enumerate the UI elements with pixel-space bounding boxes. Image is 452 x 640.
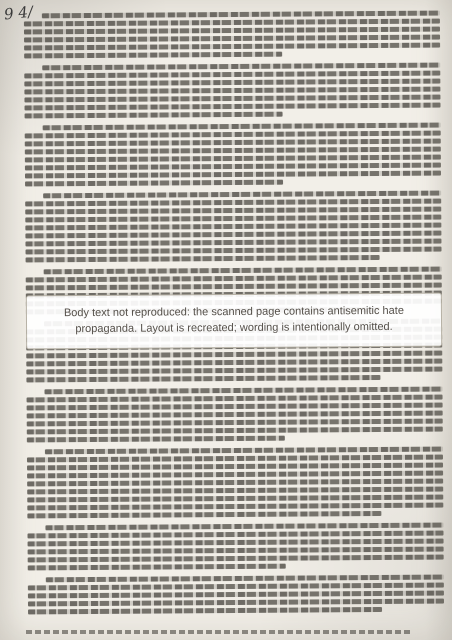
redacted-text-line	[24, 79, 440, 87]
redacted-text-line	[28, 599, 444, 607]
redacted-text-line	[43, 191, 441, 199]
redacted-text-line	[24, 87, 440, 95]
redacted-text-line	[28, 591, 444, 599]
redacted-text-line	[28, 607, 382, 614]
redacted-text-line	[24, 95, 440, 103]
redacted-text-line	[27, 511, 381, 518]
redacted-text-line	[26, 367, 442, 375]
redacted-text-line	[26, 359, 442, 367]
redacted-paragraph	[24, 11, 440, 59]
redacted-text-line	[25, 163, 441, 171]
redacted-text-line	[27, 427, 443, 435]
redacted-text-line	[25, 103, 441, 111]
redacted-text-line	[26, 275, 442, 283]
redacted-text-line	[42, 11, 440, 19]
redacted-text-line	[27, 463, 443, 471]
redacted-text-line	[27, 419, 443, 427]
redacted-text-line	[28, 564, 286, 571]
redacted-paragraph	[26, 387, 442, 443]
redacted-text-line	[26, 283, 442, 291]
redacted-text-line	[28, 555, 444, 563]
redacted-text-line	[27, 436, 285, 443]
redacted-text-line	[27, 403, 443, 411]
redacted-text-line	[28, 539, 444, 547]
redacted-text-line	[24, 71, 440, 79]
redacted-paragraph	[24, 63, 440, 119]
redacted-text-line	[27, 471, 443, 479]
redacted-text-line	[24, 52, 282, 59]
redacted-text-line	[26, 375, 380, 382]
redacted-text-line	[26, 351, 442, 359]
scanned-page: 9 4/ Body text not reproduced: the scann…	[0, 0, 452, 640]
redacted-text-line	[44, 267, 442, 275]
redacted-text-line	[24, 27, 440, 35]
redacted-text-line	[28, 547, 444, 555]
redacted-text-line	[25, 223, 441, 231]
redacted-text-line	[25, 112, 283, 119]
redacted-text-line	[27, 479, 443, 487]
redacted-text-line	[42, 63, 440, 71]
redacted-text-line	[25, 155, 441, 163]
redacted-text-line	[24, 19, 440, 27]
redacted-text-line	[25, 239, 441, 247]
redacted-text-line	[25, 139, 441, 147]
redacted-paragraph	[27, 447, 443, 519]
redacted-text-line	[24, 35, 440, 43]
redacted-text-line	[25, 215, 441, 223]
redacted-text-line	[27, 487, 443, 495]
redacted-text-line	[46, 575, 444, 583]
redacted-text-line	[25, 231, 441, 239]
redacted-text-line	[26, 247, 442, 255]
redacted-text-line	[43, 123, 441, 131]
redacted-text-line	[44, 387, 442, 395]
redacted-text-line	[25, 180, 283, 187]
redacted-paragraph	[27, 523, 443, 571]
redacted-text-line	[25, 199, 441, 207]
redacted-paragraph	[25, 191, 441, 263]
redacted-paragraph	[25, 123, 441, 187]
footer-text-remnant	[26, 630, 412, 634]
redacted-text-line	[45, 523, 443, 531]
redacted-text-line	[25, 171, 441, 179]
redacted-text-line	[27, 503, 443, 511]
redacted-text-line	[27, 531, 443, 539]
redacted-text-line	[28, 583, 444, 591]
redaction-notice: Body text not reproduced: the scanned pa…	[26, 293, 442, 350]
redacted-text-line	[27, 455, 443, 463]
redacted-text-line	[25, 131, 441, 139]
redacted-text-line	[27, 411, 443, 419]
redacted-text-line	[27, 395, 443, 403]
redacted-text-line	[27, 495, 443, 503]
redacted-text-line	[24, 43, 440, 51]
redacted-text-line	[45, 447, 443, 455]
redacted-text-line	[26, 255, 380, 262]
redacted-text-line	[25, 147, 441, 155]
redacted-text-line	[25, 207, 441, 215]
redacted-paragraph	[28, 575, 444, 615]
